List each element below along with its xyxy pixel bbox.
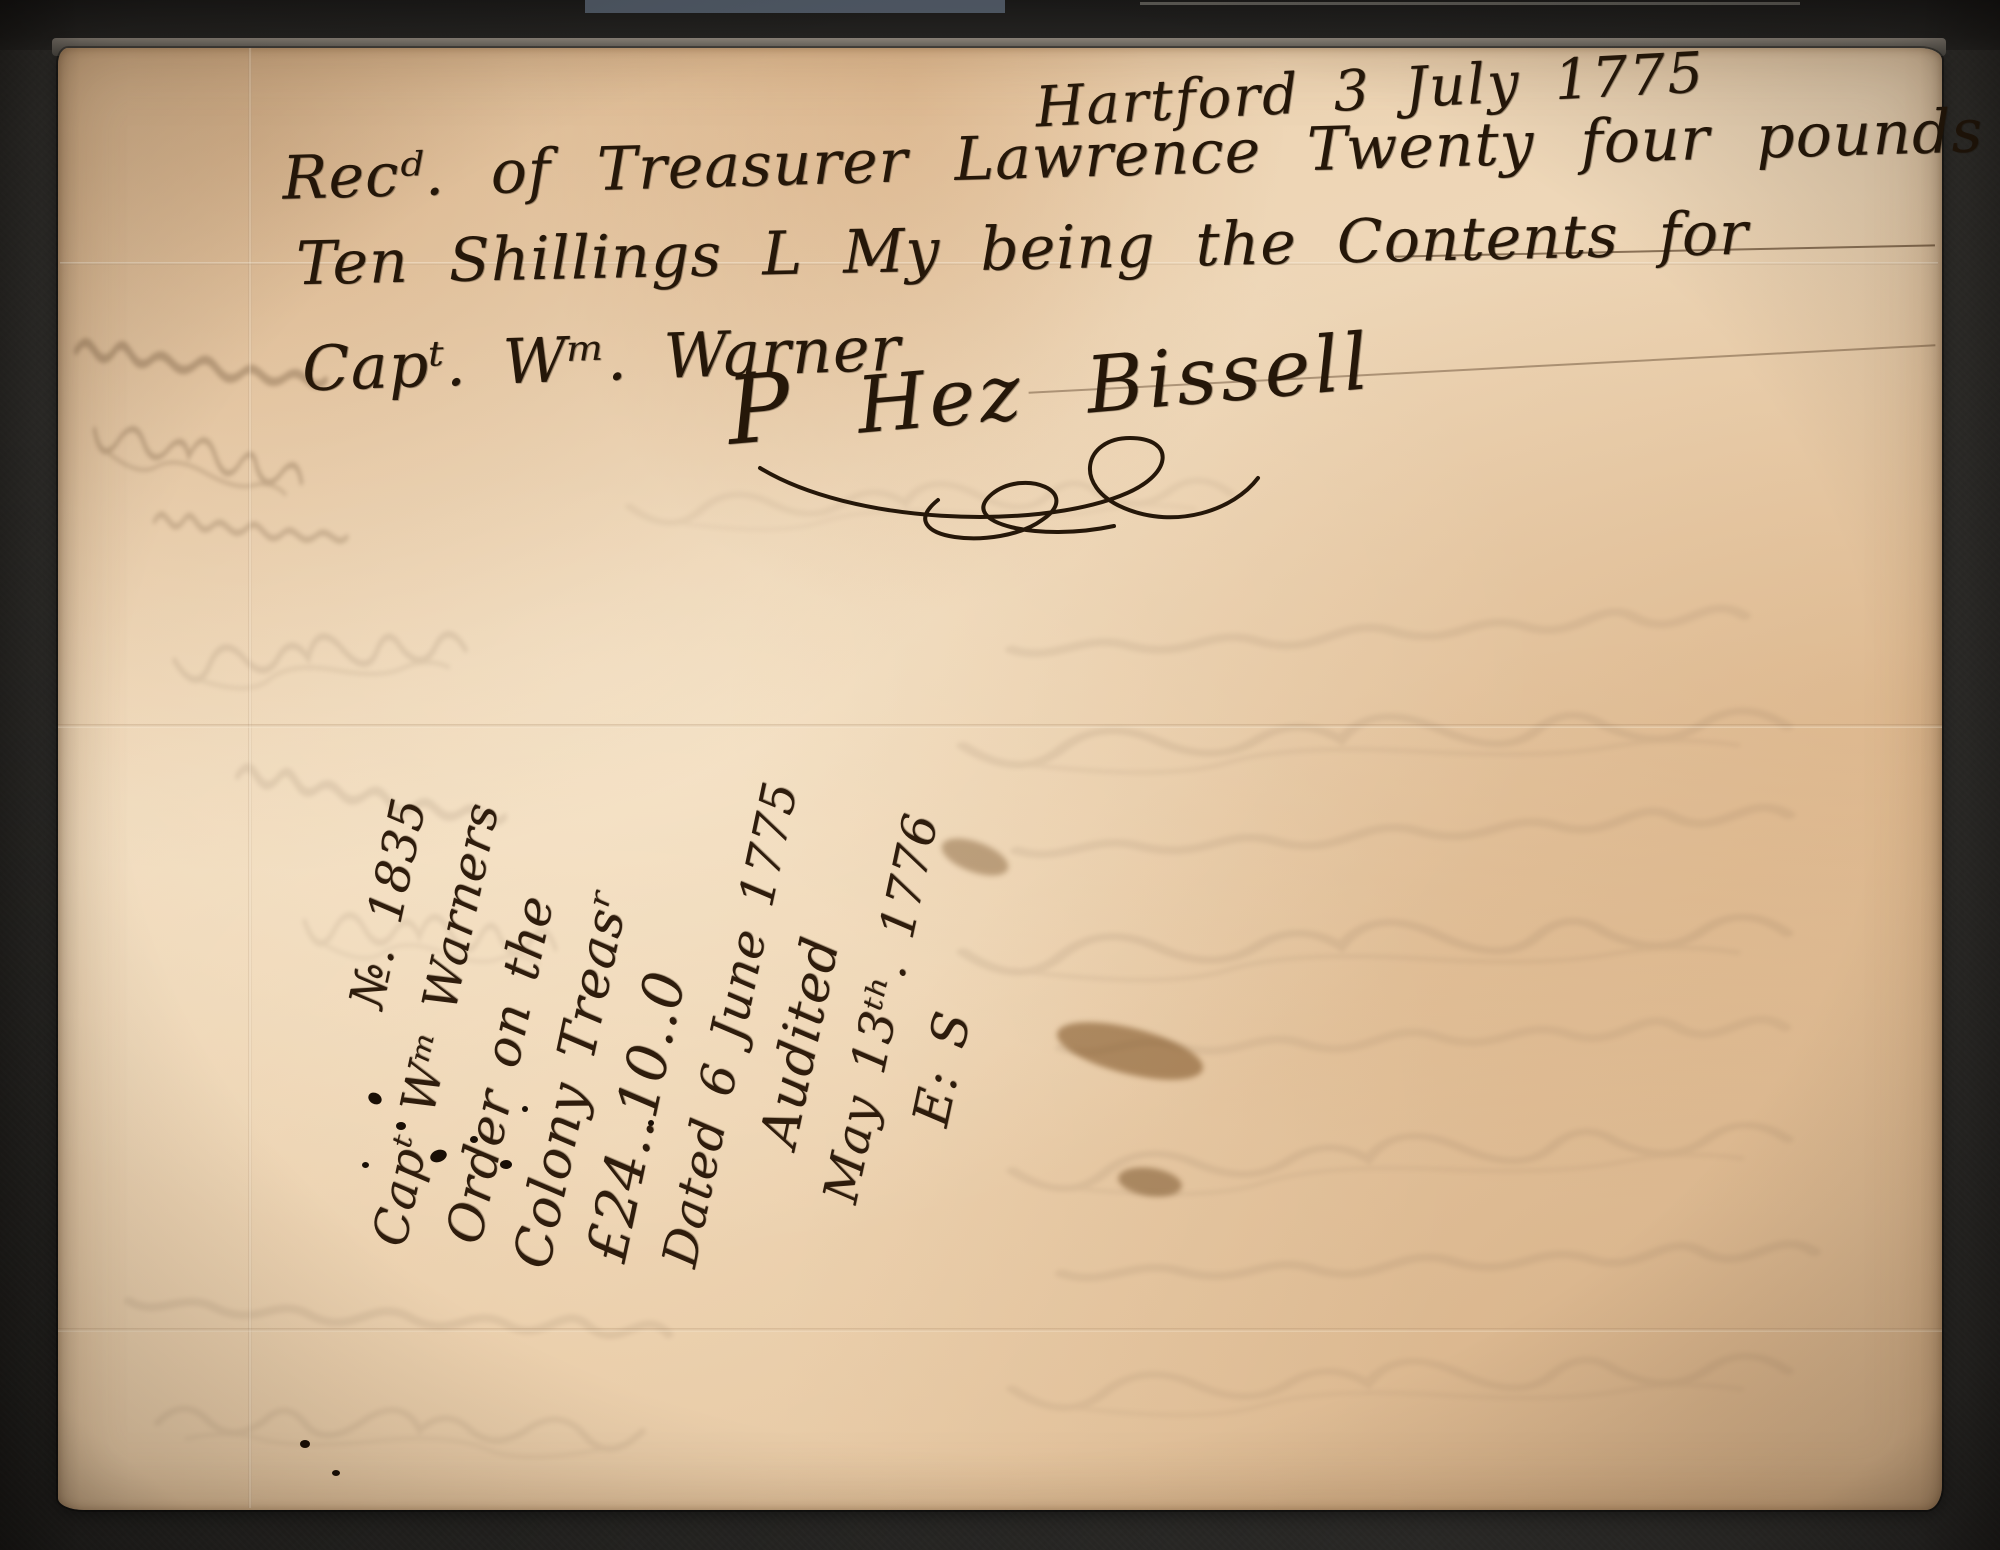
- mat-edge-highlight: [1140, 2, 1800, 5]
- ink-spatter: [396, 1122, 406, 1130]
- ink-spatter: [332, 1470, 340, 1476]
- ink-spatter: [500, 1160, 512, 1169]
- photograph: Hartford 3 July 1775 Recᵈ. of Treasurer …: [0, 0, 2000, 1550]
- ink-spatter: [362, 1162, 369, 1168]
- ink-spatter: [300, 1440, 310, 1448]
- adjacent-item-edge: [585, 0, 1005, 13]
- docket-block: №. 1835 Capᵗ Wᵐ Warners Order on the Col…: [288, 568, 1068, 1340]
- ink-spatter: [522, 1106, 528, 1112]
- per-mark: P: [722, 353, 798, 467]
- ink-spatter: [648, 1120, 654, 1126]
- ink-spatter: [470, 1136, 478, 1143]
